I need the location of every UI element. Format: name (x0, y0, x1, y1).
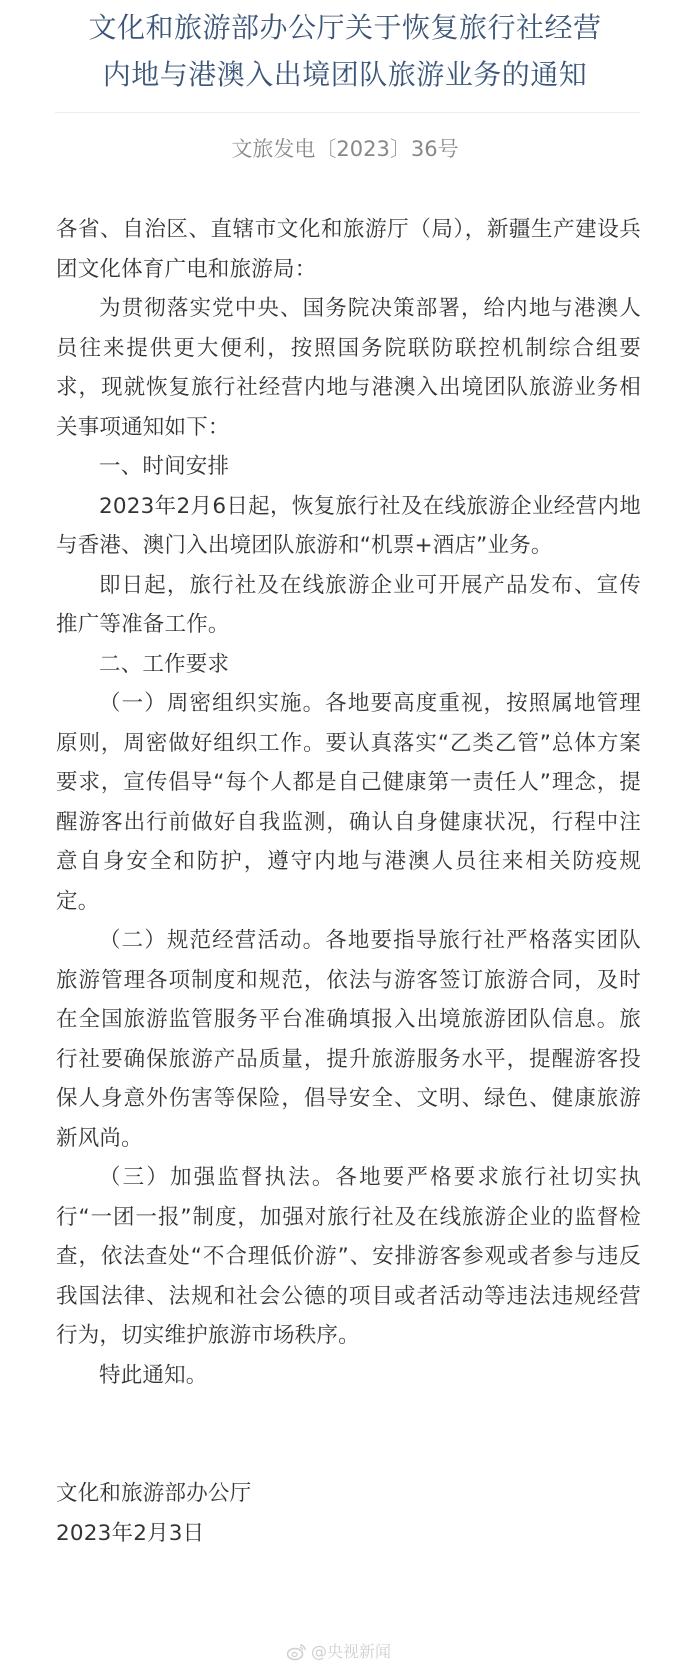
section-2-item-1: （一）周密组织实施。各地要高度重视，按照属地管理原则，周密做好组织工作。要认真落… (56, 684, 641, 921)
section-2-item-3: （三）加强监督执法。各地要严格要求旅行社切实执行“一团一报”制度，加强对旅行社及… (56, 1158, 641, 1356)
intro-paragraph: 为贯彻落实党中央、国务院决策部署，给内地与港澳人员往来提供更大便利，按照国务院联… (56, 289, 641, 447)
closing-line: 特此通知。 (56, 1356, 641, 1396)
issuer-signature: 文化和旅游部办公厅 (56, 1474, 641, 1514)
title-divider (55, 112, 640, 113)
weibo-icon (287, 1643, 307, 1661)
notice-title-line-2: 内地与港澳入出境团队旅游业务的通知 (0, 55, 690, 95)
section-1-paragraph-2: 即日起，旅行社及在线旅游企业可开展产品发布、宣传推广等准备工作。 (56, 566, 641, 645)
section-2-heading: 二、工作要求 (56, 645, 641, 685)
source-watermark: @央视新闻 (287, 1641, 391, 1663)
addressee: 各省、自治区、直辖市文化和旅游厅（局），新疆生产建设兵团文化体育广电和旅游局： (56, 210, 641, 289)
section-1-paragraph-1: 2023年2月6日起，恢复旅行社及在线旅游企业经营内地与香港、澳门入出境团队旅游… (56, 487, 641, 566)
notice-title-line-1: 文化和旅游部办公厅关于恢复旅行社经营 (0, 8, 690, 48)
notice-body: 各省、自治区、直辖市文化和旅游厅（局），新疆生产建设兵团文化体育广电和旅游局： … (56, 210, 641, 1553)
issue-date: 2023年2月3日 (56, 1514, 641, 1554)
signature-spacer (56, 1395, 641, 1474)
section-2-item-2: （二）规范经营活动。各地要指导旅行社严格落实团队旅游管理各项制度和规范，依法与游… (56, 921, 641, 1158)
section-1-heading: 一、时间安排 (56, 447, 641, 487)
watermark-text: @央视新闻 (311, 1641, 391, 1663)
document-number: 文旅发电〔2023〕36号 (0, 134, 690, 164)
